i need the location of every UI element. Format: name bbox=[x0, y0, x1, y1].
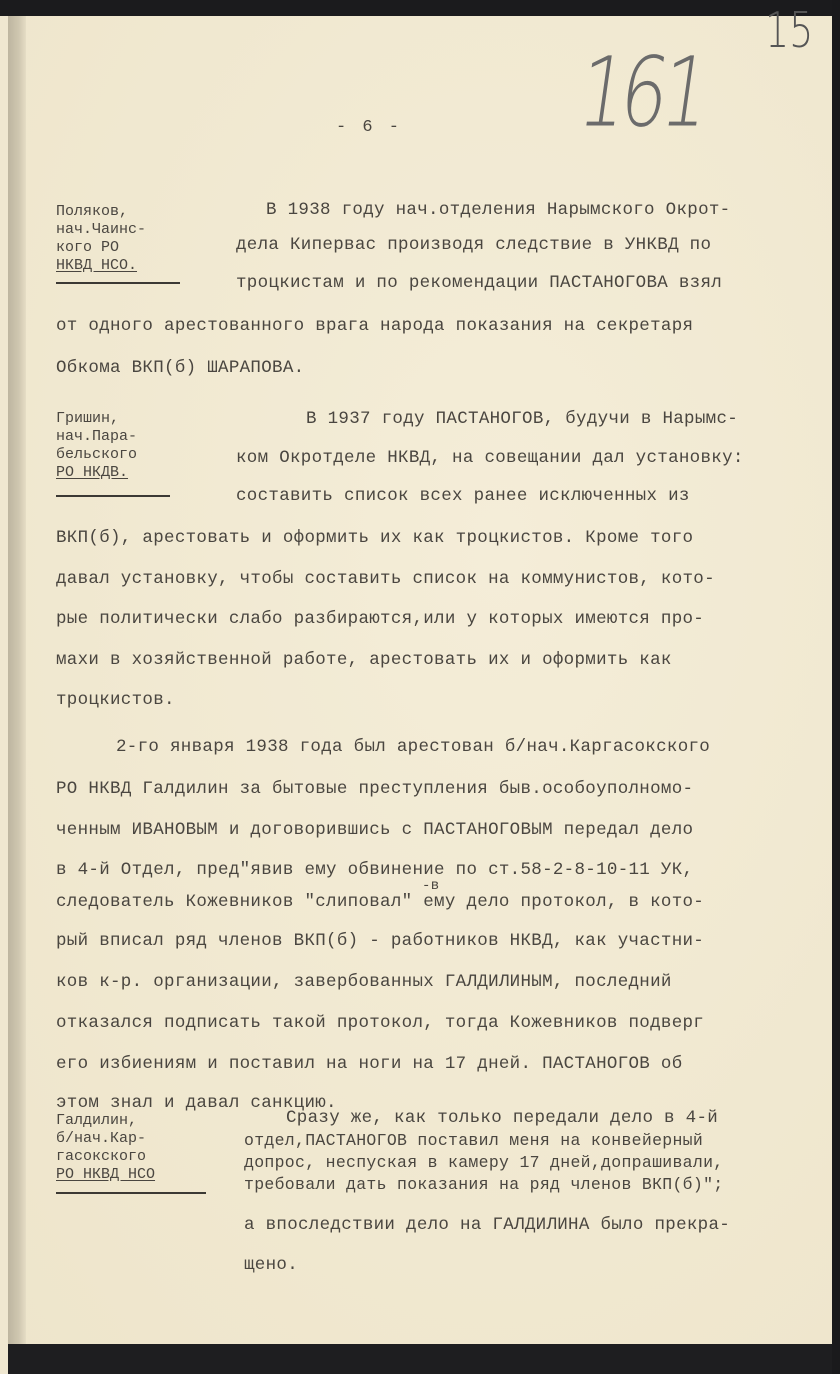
body-line: дела Кипервас производя следствие в УНКВ… bbox=[236, 235, 711, 255]
body-line: отказался подписать такой протокол, тогд… bbox=[56, 1013, 704, 1033]
margin-note-line: Поляков, bbox=[56, 204, 128, 219]
margin-note-line: нач.Чаинс- bbox=[56, 222, 146, 237]
margin-note-line: б/нач.Кар- bbox=[56, 1131, 146, 1146]
body-line: В 1938 году нач.отделения Нарымского Окр… bbox=[266, 200, 730, 220]
body-line: в 4-й Отдел, пред"явив ему обвинение по … bbox=[56, 860, 693, 880]
body-line: Сразу же, как только передали дело в 4-й bbox=[286, 1108, 718, 1128]
body-line: троцкистам и по рекомендации ПАСТАНОГОВА… bbox=[236, 273, 722, 293]
body-line: рый вписал ряд членов ВКП(б) - работнико… bbox=[56, 931, 704, 951]
body-line: допрос, неспуская в камеру 17 дней,допра… bbox=[244, 1153, 723, 1172]
body-line: следователь Кожевников "слиповал" ему де… bbox=[56, 892, 704, 912]
margin-note-line: РО НКВД НСО bbox=[56, 1167, 155, 1182]
margin-note-underline bbox=[56, 282, 180, 284]
scan-right-border bbox=[832, 0, 840, 1374]
margin-note-line: гасокского bbox=[56, 1149, 146, 1164]
margin-note-line: нач.Пара- bbox=[56, 429, 137, 444]
binding-shadow bbox=[8, 16, 26, 1344]
page-number: - 6 - bbox=[336, 118, 402, 137]
body-line: ченным ИВАНОВЫМ и договорившись с ПАСТАН… bbox=[56, 820, 693, 840]
body-line: ков к-р. организации, завербованных ГАЛД… bbox=[56, 972, 672, 992]
body-line: щено. bbox=[244, 1255, 298, 1275]
body-line: ВКП(б), арестовать и оформить их как тро… bbox=[56, 528, 693, 548]
body-line: от одного арестованного врага народа пок… bbox=[56, 316, 693, 336]
margin-note-underline bbox=[56, 1192, 206, 1194]
body-line: РО НКВД Галдилин за бытовые преступления… bbox=[56, 779, 693, 799]
handwritten-folio-number-small: 15 bbox=[765, 1, 813, 58]
margin-note-line: кого РО bbox=[56, 240, 119, 255]
body-line: махи в хозяйственной работе, арестовать … bbox=[56, 650, 672, 670]
handwritten-folio-number: 161 bbox=[572, 37, 711, 149]
scan-top-border bbox=[0, 0, 840, 16]
margin-note-line: РО НКДВ. bbox=[56, 465, 128, 480]
binding-edge bbox=[0, 16, 8, 1374]
body-line: отдел,ПАСТАНОГОВ поставил меня на конвей… bbox=[244, 1131, 703, 1150]
margin-note-line: бельского bbox=[56, 447, 137, 462]
body-line: составить список всех ранее исключенных … bbox=[236, 486, 690, 506]
body-line: ком Окротделе НКВД, на совещании дал уст… bbox=[236, 448, 744, 468]
body-line: требовали дать показания на ряд членов В… bbox=[244, 1175, 723, 1194]
margin-note-line: НКВД НСО. bbox=[56, 258, 137, 273]
body-line: троцкистов. bbox=[56, 690, 175, 710]
margin-note-line: Гришин, bbox=[56, 411, 119, 426]
body-line: давал установку, чтобы составить список … bbox=[56, 569, 715, 589]
body-line: Обкома ВКП(б) ШАРАПОВА. bbox=[56, 358, 304, 378]
body-line: 2-го января 1938 года был арестован б/на… bbox=[116, 737, 710, 757]
body-line: а впоследствии дело на ГАЛДИЛИНА было пр… bbox=[244, 1215, 730, 1235]
body-line: В 1937 году ПАСТАНОГОВ, будучи в Нарымс- bbox=[306, 409, 738, 429]
margin-note-line: Галдилин, bbox=[56, 1113, 137, 1128]
body-line: рые политически слабо разбираются,или у … bbox=[56, 609, 704, 629]
margin-note-underline bbox=[56, 495, 170, 497]
body-line: его избиениям и поставил на ноги на 17 д… bbox=[56, 1054, 683, 1074]
